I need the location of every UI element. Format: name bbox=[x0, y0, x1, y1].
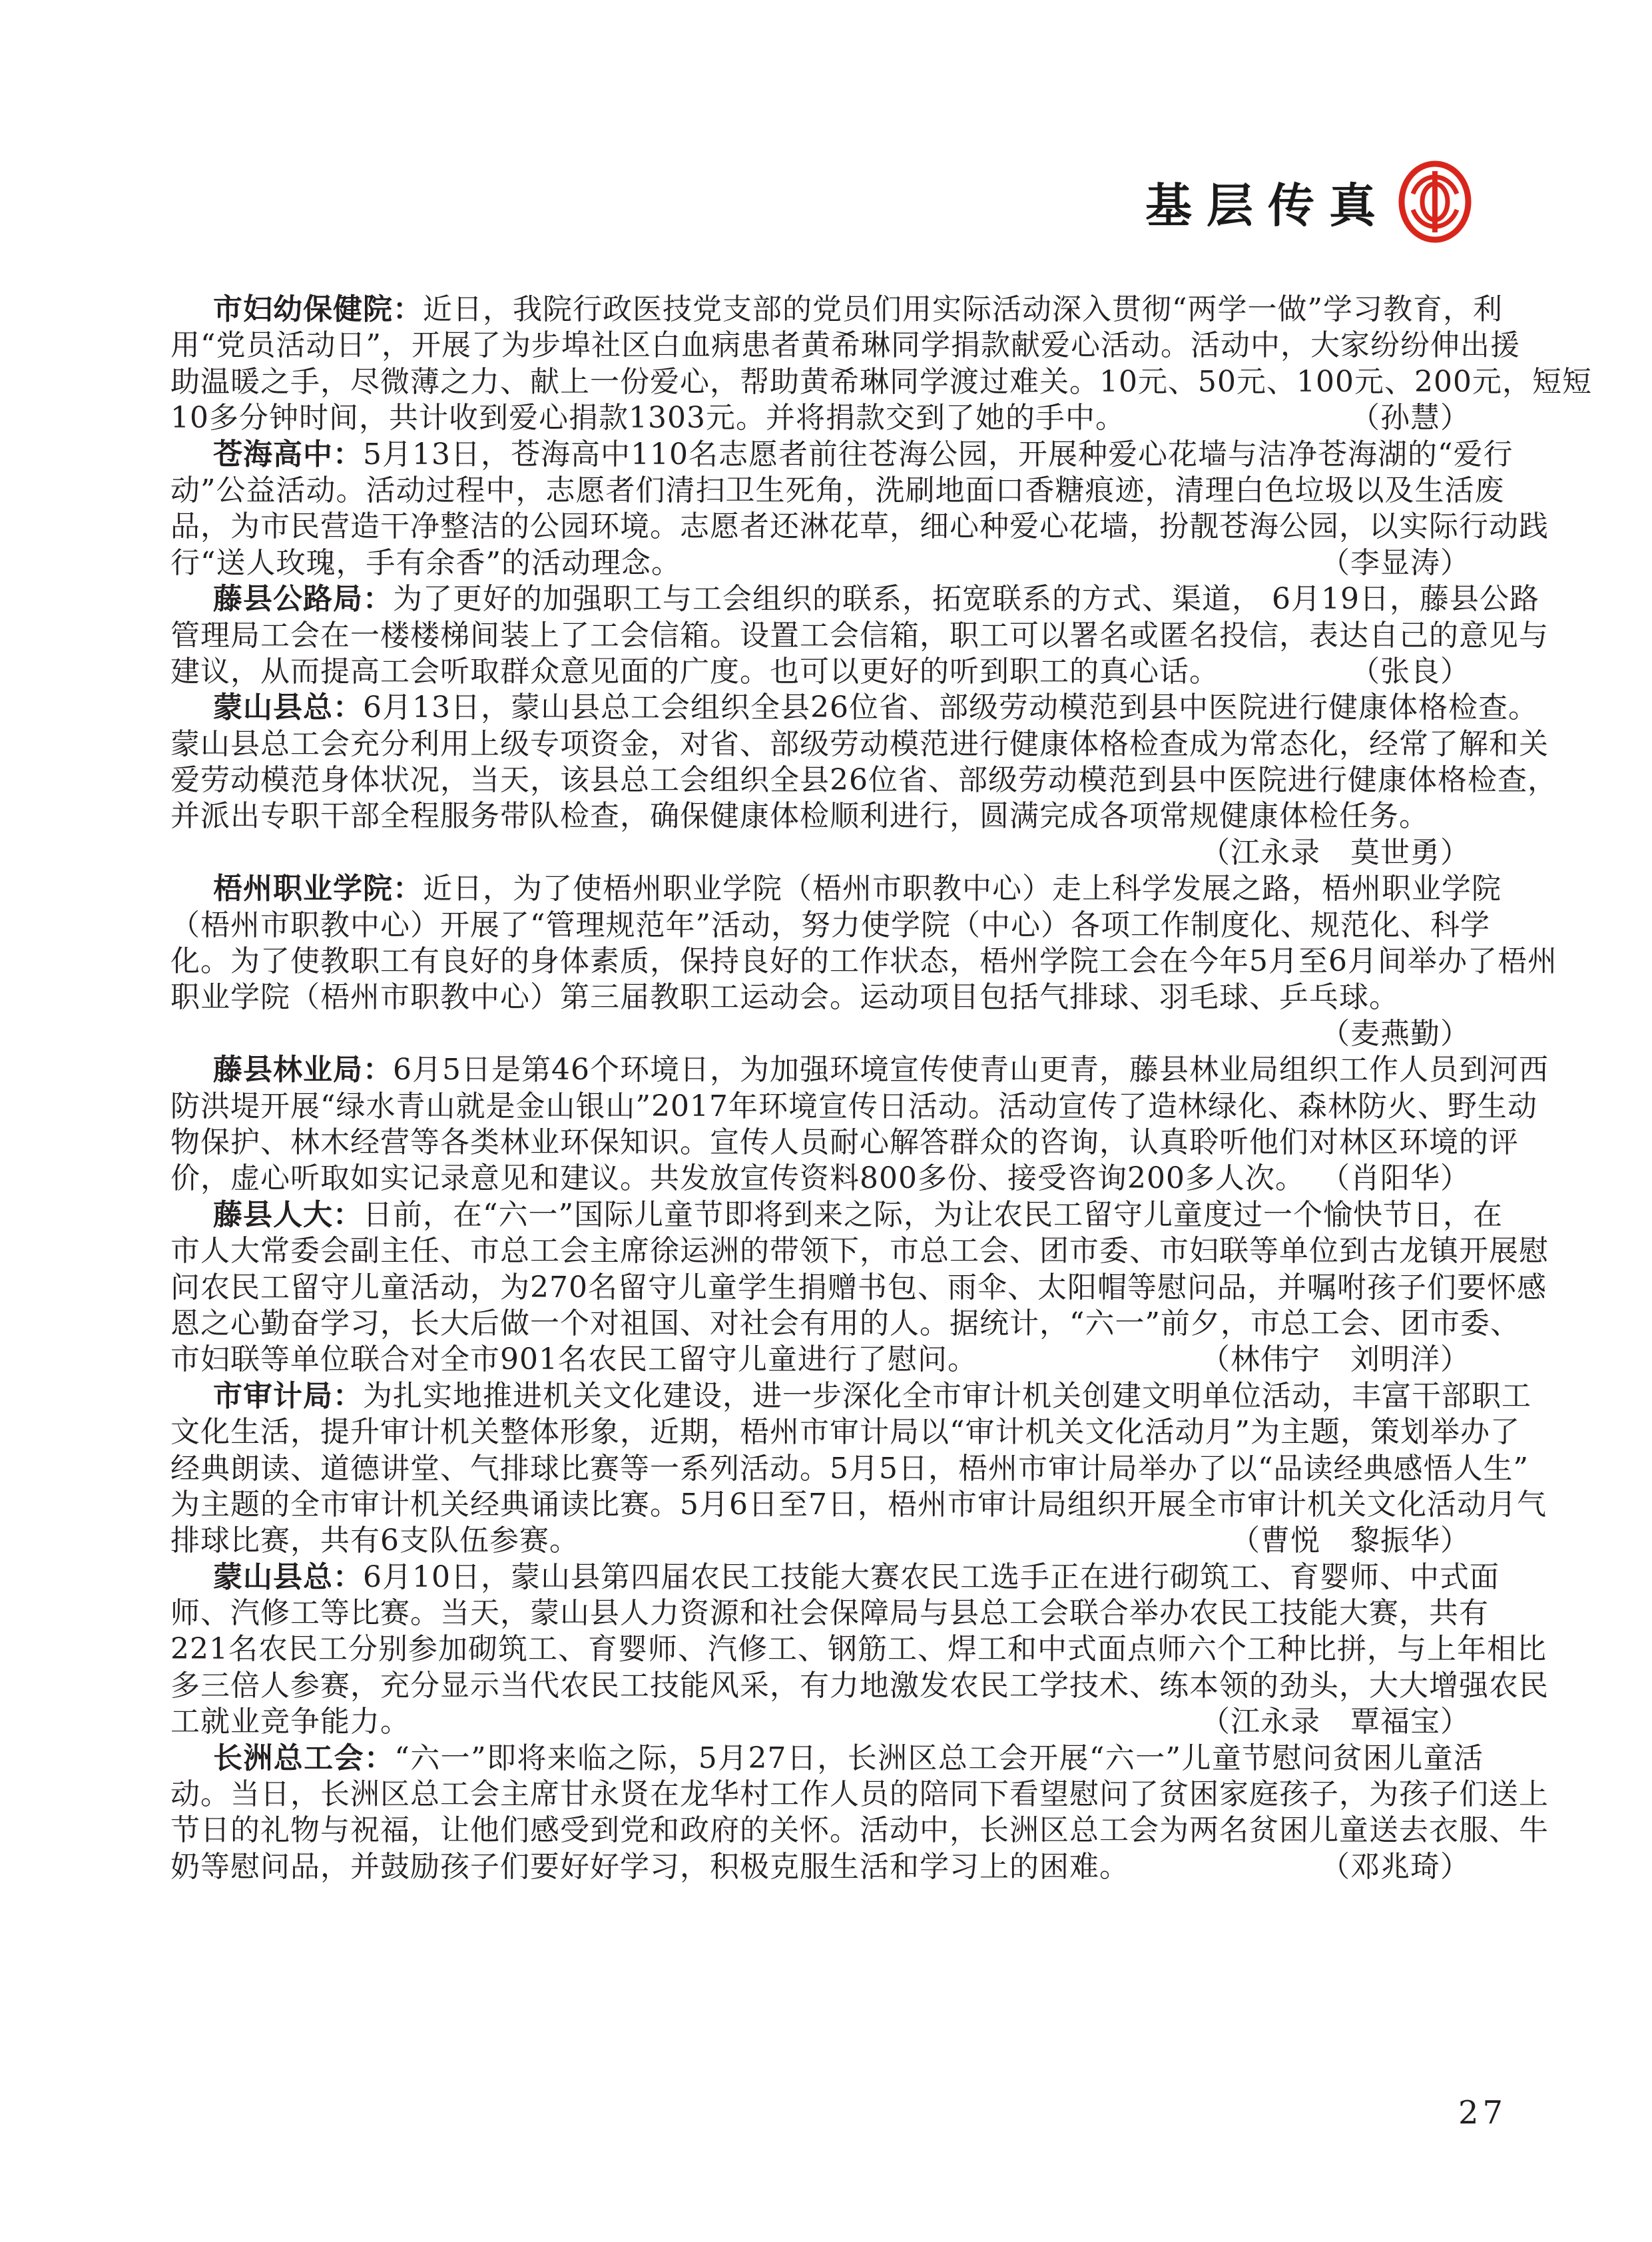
body-text: 多三倍人参赛，充分显示当代农民工技能风采，有力地激发农民工学技术、练本领的劲头，… bbox=[170, 1669, 1549, 1703]
text-line: 价，虚心听取如实记录意见和建议。共发放宣传资料800多份、接受咨询200多人次。… bbox=[170, 1161, 1484, 1197]
body-text: 文化生活，提升审计机关整体形象，近期，梧州市审计局以“审计机关文化活动月”为主题… bbox=[170, 1415, 1520, 1449]
text-line: 市人大常委会副主任、市总工会主席徐运洲的带领下，市总工会、团市委、市妇联等单位到… bbox=[170, 1233, 1484, 1269]
text-line: 多三倍人参赛，充分显示当代农民工技能风采，有力地激发农民工学技术、练本领的劲头，… bbox=[170, 1668, 1484, 1704]
body-text: （梧州市职教中心）开展了“管理规范年”活动，努力使学院（中心）各项工作制度化、规… bbox=[170, 908, 1490, 942]
news-item: 苍海高中：5月13日，苍海高中110名志愿者前往苍海公园，开展种爱心花墙与洁净苍… bbox=[170, 437, 1484, 582]
body-text: 物保护、林木经营等各类林业环保知识。宣传人员耐心解答群众的咨询，认真聆听他们对林… bbox=[170, 1125, 1519, 1159]
author-credit: （李显涛） bbox=[1320, 545, 1484, 581]
organization-name: 长洲总工会： bbox=[213, 1741, 394, 1775]
body-text: 奶等慰问品，并鼓励孩子们要好好学习，积极克服生活和学习上的困难。 bbox=[170, 1850, 1129, 1884]
text-line: 品，为市民营造干净整洁的公园环境。志愿者还淋花草，细心种爱心花墙，扮靓苍海公园，… bbox=[170, 509, 1484, 545]
author-credit: （曹悦 黎振华） bbox=[1231, 1523, 1484, 1559]
text-line: 市妇幼保健院：近日，我院行政医技党支部的党员们用实际活动深入贯彻“两学一做”学习… bbox=[170, 292, 1484, 328]
body-text: 经典朗读、道德讲堂、气排球比赛等一系列活动。5月5日，梧州市审计局举办了以“品读… bbox=[170, 1452, 1529, 1486]
organization-name: 藤县人大： bbox=[213, 1198, 363, 1232]
author-credit: （肖阳华） bbox=[1320, 1161, 1484, 1197]
body-text: 近日，我院行政医技党支部的党员们用实际活动深入贯彻“两学一做”学习教育，利 bbox=[423, 292, 1503, 326]
text-line: 物保护、林木经营等各类林业环保知识。宣传人员耐心解答群众的咨询，认真聆听他们对林… bbox=[170, 1125, 1484, 1161]
news-item: 市审计局：为扎实地推进机关文化建设，进一步深化全市审计机关创建文明单位活动，丰富… bbox=[170, 1378, 1484, 1559]
body-text: 日前，在“六一”国际儿童节即将到来之际，为让农民工留守儿童度过一个愉快节日，在 bbox=[363, 1198, 1503, 1232]
body-text: 为主题的全市审计机关经典诵读比赛。5月6日至7日，梧州市审计局组织开展全市审计机… bbox=[170, 1488, 1547, 1522]
text-line: 蒙山县总：6月13日，蒙山县总工会组织全县26位省、部级劳动模范到县中医院进行健… bbox=[170, 690, 1484, 726]
text-line: 为主题的全市审计机关经典诵读比赛。5月6日至7日，梧州市审计局组织开展全市审计机… bbox=[170, 1487, 1484, 1523]
body-text: 助温暖之手，尽微薄之力、献上一份爱心，帮助黄希琳同学渡过难关。10元、50元、1… bbox=[170, 365, 1592, 399]
body-text: “六一”即将来临之际，5月27日，长洲区总工会开展“六一”儿童节慰问贫困儿童活 bbox=[394, 1741, 1484, 1775]
text-line: 藤县人大：日前，在“六一”国际儿童节即将到来之际，为让农民工留守儿童度过一个愉快… bbox=[170, 1197, 1484, 1233]
text-line: 藤县林业局：6月5日是第46个环境日，为加强环境宣传使青山更青，藤县林业局组织工… bbox=[170, 1052, 1484, 1088]
body-text: 近日，为了使梧州职业学院（梧州市职教中心）走上科学发展之路，梧州职业学院 bbox=[423, 872, 1502, 906]
text-line: 工就业竞争能力。（江永录 覃福宝） bbox=[170, 1704, 1484, 1740]
body-text: 用“党员活动日”，开展了为步埠社区白血病患者黄希琳同学捐款献爱心活动。活动中，大… bbox=[170, 328, 1520, 362]
text-line: 并派出专职干部全程服务带队检查，确保健康体检顺利进行，圆满完成各项常规健康体检任… bbox=[170, 798, 1484, 834]
news-item: 蒙山县总：6月13日，蒙山县总工会组织全县26位省、部级劳动模范到县中医院进行健… bbox=[170, 690, 1484, 871]
text-line: 藤县公路局：为了更好的加强职工与工会组织的联系，拓宽联系的方式、渠道， 6月19… bbox=[170, 581, 1484, 617]
text-line: 动”公益活动。活动过程中，志愿者们清扫卫生死角，洗刷地面口香糖痕迹，清理白色垃圾… bbox=[170, 473, 1484, 509]
trade-union-logo-icon bbox=[1398, 160, 1472, 243]
body-text: 并派出专职干部全程服务带队检查，确保健康体检顺利进行，圆满完成各项常规健康体检任… bbox=[170, 799, 1429, 833]
body-text: 行“送人玫瑰，手有余香”的活动理念。 bbox=[170, 546, 681, 580]
body-text: 工就业竞争能力。 bbox=[170, 1705, 410, 1739]
organization-name: 苍海高中： bbox=[213, 437, 363, 471]
text-line: 节日的礼物与祝福，让他们感受到党和政府的关怀。活动中，长洲区总工会为两名贫困儿童… bbox=[170, 1813, 1484, 1848]
text-line: 管理局工会在一楼楼梯间装上了工会信箱。设置工会信箱，职工可以署名或匿名投信，表达… bbox=[170, 618, 1484, 654]
text-line: 文化生活，提升审计机关整体形象，近期，梧州市审计局以“审计机关文化活动月”为主题… bbox=[170, 1414, 1484, 1450]
author-credit: （江永录 覃福宝） bbox=[1201, 1704, 1484, 1740]
page-number: 27 bbox=[1458, 2094, 1507, 2131]
body-text: 师、汽修工等比赛。当天，蒙山县人力资源和社会保障局与县总工会联合举办农民工技能大… bbox=[170, 1596, 1489, 1630]
organization-name: 蒙山县总： bbox=[213, 1560, 363, 1594]
organization-name: 市妇幼保健院： bbox=[213, 292, 423, 326]
body-text: 6月10日，蒙山县第四届农民工技能大赛农民工选手正在进行砌筑工、育婴师、中式面 bbox=[363, 1560, 1500, 1594]
body-text: 恩之心勤奋学习，长大后做一个对祖国、对社会有用的人。据统计，“六一”前夕，市总工… bbox=[170, 1306, 1520, 1340]
author-credit: （江永录 莫世勇） bbox=[170, 835, 1484, 871]
author-credit: （孙慧） bbox=[1350, 400, 1484, 436]
body-text: 蒙山县总工会充分利用上级专项资金，对省、部级劳动模范进行健康体格检查成为常态化，… bbox=[170, 727, 1549, 761]
text-line: 行“送人玫瑰，手有余香”的活动理念。（李显涛） bbox=[170, 545, 1484, 581]
text-line: 职业学院（梧州市职教中心）第三届教职工运动会。运动项目包括气排球、羽毛球、乒乓球… bbox=[170, 980, 1484, 1015]
body-text: 动”公益活动。活动过程中，志愿者们清扫卫生死角，洗刷地面口香糖痕迹，清理白色垃圾… bbox=[170, 473, 1505, 507]
body-text: 市人大常委会副主任、市总工会主席徐运洲的带领下，市总工会、团市委、市妇联等单位到… bbox=[170, 1234, 1549, 1268]
text-line: 化。为了使教职工有良好的身体素质，保持良好的工作状态，梧州学院工会在今年5月至6… bbox=[170, 944, 1484, 980]
body-text: 10多分钟时间，共计收到爱心捐款1303元。并将捐款交到了她的手中。 bbox=[170, 401, 1125, 435]
body-text: 化。为了使教职工有良好的身体素质，保持良好的工作状态，梧州学院工会在今年5月至6… bbox=[170, 944, 1557, 978]
body-text: 5月13日，苍海高中110名志愿者前往苍海公园，开展种爱心花墙与洁净苍海湖的“爱… bbox=[363, 437, 1513, 471]
news-briefs: 市妇幼保健院：近日，我院行政医技党支部的党员们用实际活动深入贯彻“两学一做”学习… bbox=[170, 292, 1484, 1885]
author-credit: （林伟宁 刘明洋） bbox=[1201, 1342, 1484, 1378]
text-line: 221名农民工分别参加砌筑工、育婴师、汽修工、钢筋工、焊工和中式面点师六个工种比… bbox=[170, 1631, 1484, 1667]
body-text: 节日的礼物与祝福，让他们感受到党和政府的关怀。活动中，长洲区总工会为两名贫困儿童… bbox=[170, 1813, 1549, 1847]
text-line: 建议，从而提高工会听取群众意见面的广度。也可以更好的听到职工的真心话。（张良） bbox=[170, 654, 1484, 690]
text-line: 助温暖之手，尽微薄之力、献上一份爱心，帮助黄希琳同学渡过难关。10元、50元、1… bbox=[170, 364, 1484, 400]
text-line: 爱劳动模范身体状况，当天，该县总工会组织全县26位省、部级劳动模范到县中医院进行… bbox=[170, 762, 1484, 798]
body-text: 价，虚心听取如实记录意见和建议。共发放宣传资料800多份、接受咨询200多人次。 bbox=[170, 1161, 1305, 1195]
text-line: 用“党员活动日”，开展了为步埠社区白血病患者黄希琳同学捐款献爱心活动。活动中，大… bbox=[170, 328, 1484, 364]
section-title: 基层传真 bbox=[1145, 168, 1390, 236]
organization-name: 藤县林业局： bbox=[213, 1053, 393, 1087]
organization-name: 藤县公路局： bbox=[213, 582, 393, 616]
body-text: 防洪堤开展“绿水青山就是金山银山”2017年环境宣传日活动。活动宣传了造林绿化、… bbox=[170, 1089, 1537, 1123]
text-line: 经典朗读、道德讲堂、气排球比赛等一系列活动。5月5日，梧州市审计局举办了以“品读… bbox=[170, 1451, 1484, 1487]
organization-name: 蒙山县总： bbox=[213, 691, 363, 724]
section-header: 基层传真 bbox=[1145, 152, 1472, 252]
text-line: 市妇联等单位联合对全市901名农民工留守儿童进行了慰问。（林伟宁 刘明洋） bbox=[170, 1342, 1484, 1378]
author-credit: （张良） bbox=[1350, 654, 1484, 690]
body-text: 建议，从而提高工会听取群众意见面的广度。也可以更好的听到职工的真心话。 bbox=[170, 655, 1219, 689]
body-text: 职业学院（梧州市职教中心）第三届教职工运动会。运动项目包括气排球、羽毛球、乒乓球… bbox=[170, 980, 1399, 1014]
news-item: 市妇幼保健院：近日，我院行政医技党支部的党员们用实际活动深入贯彻“两学一做”学习… bbox=[170, 292, 1484, 437]
body-text: 221名农民工分别参加砌筑工、育婴师、汽修工、钢筋工、焊工和中式面点师六个工种比… bbox=[170, 1632, 1547, 1666]
text-line: 奶等慰问品，并鼓励孩子们要好好学习，积极克服生活和学习上的困难。（邓兆琦） bbox=[170, 1849, 1484, 1885]
news-item: 梧州职业学院：近日，为了使梧州职业学院（梧州市职教中心）走上科学发展之路，梧州职… bbox=[170, 871, 1484, 1052]
body-text: 为扎实地推进机关文化建设，进一步深化全市审计机关创建文明单位活动，丰富干部职工 bbox=[363, 1379, 1531, 1413]
body-text: 排球比赛，共有6支队伍参赛。 bbox=[170, 1524, 579, 1557]
text-line: 市审计局：为扎实地推进机关文化建设，进一步深化全市审计机关创建文明单位活动，丰富… bbox=[170, 1378, 1484, 1414]
author-credit: （麦燕勤） bbox=[170, 1016, 1484, 1052]
body-text: 市妇联等单位联合对全市901名农民工留守儿童进行了慰问。 bbox=[170, 1342, 977, 1376]
body-text: 管理局工会在一楼楼梯间装上了工会信箱。设置工会信箱，职工可以署名或匿名投信，表达… bbox=[170, 619, 1549, 653]
news-item: 蒙山县总：6月10日，蒙山县第四届农民工技能大赛农民工选手正在进行砌筑工、育婴师… bbox=[170, 1559, 1484, 1741]
news-item: 藤县林业局：6月5日是第46个环境日，为加强环境宣传使青山更青，藤县林业局组织工… bbox=[170, 1052, 1484, 1197]
text-line: （梧州市职教中心）开展了“管理规范年”活动，努力使学院（中心）各项工作制度化、规… bbox=[170, 908, 1484, 944]
text-line: 问农民工留守儿童活动，为270名留守儿童学生捐赠书包、雨伞、太阳帽等慰问品，并嘱… bbox=[170, 1270, 1484, 1306]
news-item: 藤县人大：日前，在“六一”国际儿童节即将到来之际，为让农民工留守儿童度过一个愉快… bbox=[170, 1197, 1484, 1378]
news-item: 长洲总工会：“六一”即将来临之际，5月27日，长洲区总工会开展“六一”儿童节慰问… bbox=[170, 1741, 1484, 1886]
organization-name: 市审计局： bbox=[213, 1379, 363, 1413]
text-line: 恩之心勤奋学习，长大后做一个对祖国、对社会有用的人。据统计，“六一”前夕，市总工… bbox=[170, 1306, 1484, 1342]
text-line: 10多分钟时间，共计收到爱心捐款1303元。并将捐款交到了她的手中。（孙慧） bbox=[170, 400, 1484, 436]
body-text: 品，为市民营造干净整洁的公园环境。志愿者还淋花草，细心种爱心花墙，扮靓苍海公园，… bbox=[170, 509, 1549, 543]
body-text: 动。当日，长洲区总工会主席甘永贤在龙华村工作人员的陪同下看望慰问了贫困家庭孩子，… bbox=[170, 1777, 1549, 1811]
text-line: 蒙山县总：6月10日，蒙山县第四届农民工技能大赛农民工选手正在进行砌筑工、育婴师… bbox=[170, 1559, 1484, 1595]
text-line: 梧州职业学院：近日，为了使梧州职业学院（梧州市职教中心）走上科学发展之路，梧州职… bbox=[170, 871, 1484, 907]
news-item: 藤县公路局：为了更好的加强职工与工会组织的联系，拓宽联系的方式、渠道， 6月19… bbox=[170, 581, 1484, 690]
text-line: 苍海高中：5月13日，苍海高中110名志愿者前往苍海公园，开展种爱心花墙与洁净苍… bbox=[170, 437, 1484, 473]
text-line: 蒙山县总工会充分利用上级专项资金，对省、部级劳动模范进行健康体格检查成为常态化，… bbox=[170, 726, 1484, 762]
body-text: 6月13日，蒙山县总工会组织全县26位省、部级劳动模范到县中医院进行健康体格检查… bbox=[363, 691, 1538, 724]
text-line: 长洲总工会：“六一”即将来临之际，5月27日，长洲区总工会开展“六一”儿童节慰问… bbox=[170, 1741, 1484, 1777]
text-line: 防洪堤开展“绿水青山就是金山银山”2017年环境宣传日活动。活动宣传了造林绿化、… bbox=[170, 1089, 1484, 1125]
body-text: 6月5日是第46个环境日，为加强环境宣传使青山更青，藤县林业局组织工作人员到河西 bbox=[393, 1053, 1549, 1087]
organization-name: 梧州职业学院： bbox=[213, 872, 423, 906]
author-credit: （邓兆琦） bbox=[1320, 1849, 1484, 1885]
body-text: 问农民工留守儿童活动，为270名留守儿童学生捐赠书包、雨伞、太阳帽等慰问品，并嘱… bbox=[170, 1270, 1547, 1304]
text-line: 动。当日，长洲区总工会主席甘永贤在龙华村工作人员的陪同下看望慰问了贫困家庭孩子，… bbox=[170, 1777, 1484, 1813]
body-text: 爱劳动模范身体状况，当天，该县总工会组织全县26位省、部级劳动模范到县中医院进行… bbox=[170, 763, 1557, 797]
text-line: 师、汽修工等比赛。当天，蒙山县人力资源和社会保障局与县总工会联合举办农民工技能大… bbox=[170, 1595, 1484, 1631]
text-line: 排球比赛，共有6支队伍参赛。（曹悦 黎振华） bbox=[170, 1523, 1484, 1559]
body-text: 为了更好的加强职工与工会组织的联系，拓宽联系的方式、渠道， 6月19日，藤县公路 bbox=[393, 582, 1539, 616]
